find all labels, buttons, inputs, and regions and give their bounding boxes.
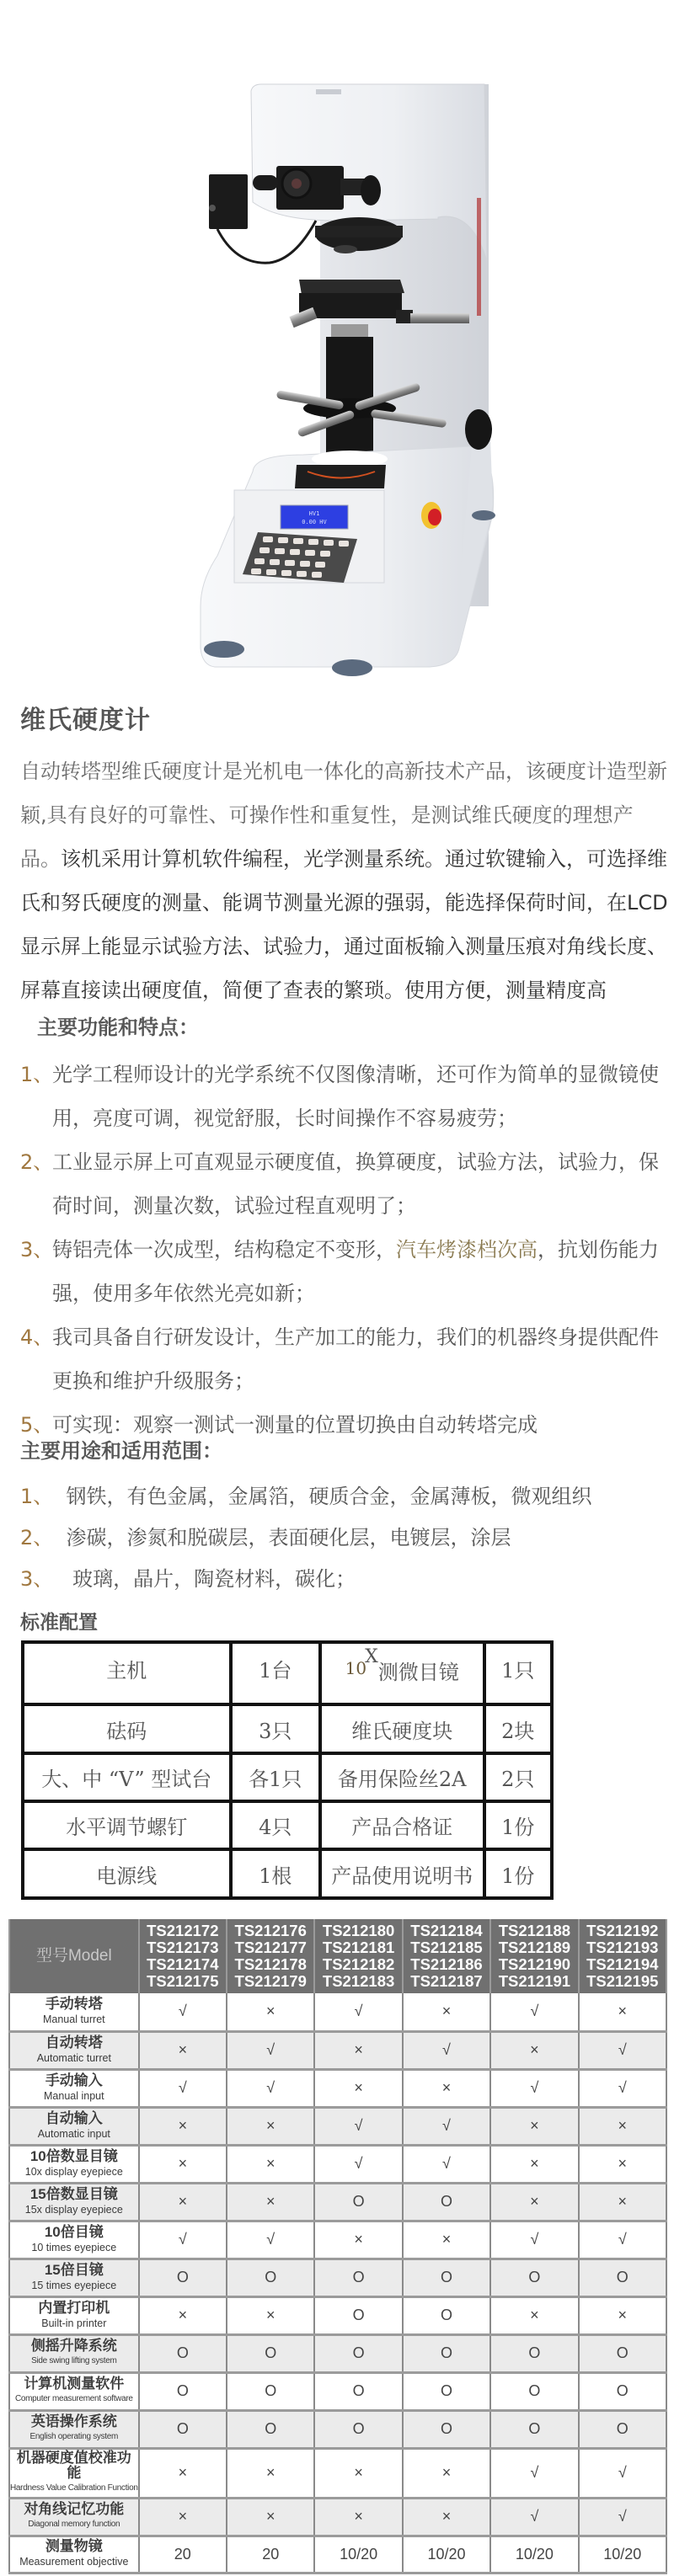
config-qty: 4只	[231, 1801, 320, 1849]
model-number: TS212173	[147, 1939, 218, 1956]
feature-value-cell: ×	[403, 2221, 490, 2259]
feature-label-zh: 自动转塔	[10, 2035, 138, 2051]
feature-value-cell: ×	[227, 2145, 314, 2183]
feature-value-cell: O	[579, 2259, 666, 2296]
usage-number: 1、	[20, 1485, 53, 1508]
usage-item: 2、 渗碳，渗氮和脱碳层，表面硬化层，电镀层，涂层	[20, 1517, 669, 1559]
feature-value-cell: √	[139, 2069, 227, 2107]
feature-value-cell: ×	[139, 2031, 227, 2069]
model-number: TS212192	[586, 1922, 658, 1939]
config-row: 砝码 3只 维氏硬度块 2块	[23, 1704, 552, 1753]
config-qty: 1份	[484, 1849, 552, 1898]
feature-value-cell: O	[403, 2334, 490, 2372]
feature-label: 10倍数显目镜10x display eyepiece	[9, 2145, 139, 2183]
feature-label: 自动转塔Automatic turret	[9, 2031, 139, 2069]
feature-row: 机器硬度值校准功能Hardness Value Calibration Func…	[9, 2448, 666, 2498]
feature-value-cell: √	[490, 1993, 578, 2031]
feature-row: 15倍目镜15 times eyepieceOOOOOO	[9, 2259, 666, 2296]
feature-text: 工业显示屏上可直观显示硬度值，换算硬度，试验方法，试验力，保荷时间，测量次数，试…	[52, 1140, 669, 1228]
config-qty: 2块	[484, 1704, 552, 1753]
model-number: TS212178	[235, 1955, 307, 1973]
feature-value-cell: O	[139, 2410, 227, 2448]
feature-label-en: Measurement objective	[10, 2554, 138, 2569]
model-number: TS212184	[410, 1922, 482, 1939]
model-header-label: 型号Model	[9, 1919, 139, 1993]
feature-label: 计算机测量软件Computer measurement software	[9, 2372, 139, 2410]
model-column-header: TS212188TS212189TS212190TS212191	[490, 1919, 578, 1993]
feature-label-zh: 测量物镜	[10, 2539, 138, 2554]
model-column-header: TS212172TS212173TS212174TS212175	[139, 1919, 227, 1993]
model-number: TS212174	[147, 1955, 218, 1973]
feature-value-cell: ×	[227, 2107, 314, 2145]
config-item-prefix: 10	[345, 1658, 366, 1678]
usage-heading: 主要用途和适用范围：	[20, 1434, 222, 1464]
feature-value-cell: O	[227, 2410, 314, 2448]
feature-row: 自动转塔Automatic turret×√×√×√	[9, 2031, 666, 2069]
feature-label: 内置打印机Built-in printer	[9, 2296, 139, 2334]
config-item: 砝码	[23, 1704, 231, 1753]
feature-value-cell: √	[227, 2221, 314, 2259]
model-number: TS212186	[410, 1955, 482, 1973]
feature-label: 英语操作系统English operating system	[9, 2410, 139, 2448]
feature-value-cell: √	[403, 2031, 490, 2069]
feature-value-cell: O	[139, 2259, 227, 2296]
feature-value-cell: √	[490, 2069, 578, 2107]
feature-label-zh: 10倍数显目镜	[10, 2149, 138, 2164]
feature-label-zh: 手动转塔	[10, 1997, 138, 2012]
feature-value-cell: O	[490, 2259, 578, 2296]
model-number: TS212182	[323, 1955, 394, 1973]
model-header-row: 型号Model TS212172TS212173TS212174TS212175…	[9, 1919, 666, 1993]
model-number: TS212189	[499, 1939, 570, 1956]
feature-value-cell: O	[579, 2334, 666, 2372]
feature-value-cell: O	[314, 2334, 402, 2372]
feature-value-cell: √	[314, 2107, 402, 2145]
feature-value-cell: ×	[490, 2107, 578, 2145]
feature-value-cell: ×	[579, 2296, 666, 2334]
features-heading: 主要功能和特点：	[37, 1011, 199, 1040]
model-comparison-table: 型号Model TS212172TS212173TS212174TS212175…	[8, 1919, 667, 2574]
config-row: 电源线 1根 产品使用说明书 1份	[23, 1849, 552, 1898]
config-qty: 各1只	[231, 1753, 320, 1801]
feature-label-en: Diagonal memory function	[10, 2517, 138, 2532]
lcd-line-2: 0.00 HV	[302, 519, 327, 525]
feature-value-cell: O	[490, 2372, 578, 2410]
feature-value-cell: ×	[490, 2031, 578, 2069]
model-number: TS212194	[586, 1955, 658, 1973]
model-number: TS212185	[410, 1939, 482, 1956]
config-item: 维氏硬度块	[320, 1704, 484, 1753]
feature-label-en: 15 times eyepiece	[10, 2278, 138, 2293]
feature-value-cell: √	[403, 2145, 490, 2183]
model-number: TS212195	[586, 1972, 658, 1990]
feature-value-cell: O	[403, 2259, 490, 2296]
feature-text: 我司具备自行研发设计，生产加工的能力，我们的机器终身提供配件更换和维护升级服务；	[52, 1315, 669, 1403]
config-row: 主机 1台 10X测微目镜 1只	[23, 1642, 552, 1704]
model-number: TS212172	[147, 1922, 218, 1939]
feature-value-cell: ×	[579, 2107, 666, 2145]
feature-label: 10倍目镜10 times eyepiece	[9, 2221, 139, 2259]
model-column-header: TS212192TS212193TS212194TS212195	[579, 1919, 666, 1993]
model-number: TS212188	[499, 1922, 570, 1939]
feature-row: 手动输入Manual input√√××√√	[9, 2069, 666, 2107]
model-number: TS212179	[235, 1972, 307, 1990]
config-qty: 1台	[231, 1642, 320, 1704]
feature-text: 铸铝壳体一次成型，结构稳定不变形，汽车烤漆档次高，抗划伤能力强，使用多年依然光亮…	[52, 1228, 669, 1315]
model-number: TS212191	[499, 1972, 570, 1990]
feature-value-cell: ×	[139, 2498, 227, 2536]
feature-value-cell: √	[227, 2069, 314, 2107]
features-list: 1、 光学工程师设计的光学系统不仅图像清晰，还可作为简单的显微镜使用，亮度可调，…	[20, 1053, 669, 1447]
feature-label-en: Manual turret	[10, 2012, 138, 2027]
intro-paragraph: 自动转塔型维氏硬度计是光机电一体化的高新技术产品，该硬度计造型新颖,具有良好的可…	[20, 749, 669, 1012]
feature-value-cell: O	[579, 2410, 666, 2448]
feature-value-cell: ×	[490, 2145, 578, 2183]
standard-config-heading: 标准配置	[20, 1607, 98, 1635]
feature-label-zh: 15倍目镜	[10, 2263, 138, 2278]
feature-row: 10倍数显目镜10x display eyepiece××√√××	[9, 2145, 666, 2183]
feature-value-cell: ×	[579, 1993, 666, 2031]
feature-value-cell: O	[227, 2334, 314, 2372]
config-item: 备用保险丝2A	[320, 1753, 484, 1801]
feature-row: 计算机测量软件Computer measurement softwareOOOO…	[9, 2372, 666, 2410]
feature-value-cell: O	[314, 2372, 402, 2410]
feature-value-cell: √	[579, 2448, 666, 2498]
feature-row: 15倍数显目镜15x display eyepiece××OO××	[9, 2183, 666, 2221]
feature-value-cell: √	[579, 2069, 666, 2107]
feature-value-cell: ×	[314, 2498, 402, 2536]
feature-value-cell: O	[314, 2259, 402, 2296]
config-item: 水平调节螺钉	[23, 1801, 231, 1849]
model-number: TS212181	[323, 1939, 394, 1956]
feature-value-cell: ×	[227, 2498, 314, 2536]
config-qty: 1根	[231, 1849, 320, 1898]
feature-value-cell: ×	[490, 2296, 578, 2334]
feature-row: 10倍目镜10 times eyepiece√√××√√	[9, 2221, 666, 2259]
feature-value-cell: ×	[403, 2498, 490, 2536]
feature-value-cell: O	[403, 2372, 490, 2410]
feature-label-en: Side swing lifting system	[10, 2354, 138, 2369]
config-qty: 1份	[484, 1801, 552, 1849]
feature-highlight: 汽车烤漆档次高	[396, 1238, 538, 1261]
feature-value-cell: O	[314, 2183, 402, 2221]
feature-value-cell: O	[490, 2410, 578, 2448]
usage-text: 钢铁，有色金属，金属箔，硬质合金，金属薄板，微观组织	[53, 1485, 591, 1508]
model-column-header: TS212176TS212177TS212178TS212179	[227, 1919, 314, 1993]
feature-value-cell: ×	[314, 2448, 402, 2498]
model-number: TS212180	[323, 1922, 394, 1939]
config-qty: 2只	[484, 1753, 552, 1801]
config-qty: 1只	[484, 1642, 552, 1704]
config-item: 电源线	[23, 1849, 231, 1898]
feature-value-cell: ×	[579, 2145, 666, 2183]
product-image-hardness-tester: HV1 0.00 HV	[0, 0, 674, 686]
feature-number: 1、	[20, 1053, 52, 1140]
feature-label-zh: 手动输入	[10, 2073, 138, 2088]
feature-label-en: Built-in printer	[10, 2316, 138, 2331]
feature-label-en: Automatic input	[10, 2126, 138, 2141]
feature-value-cell: O	[227, 2259, 314, 2296]
model-number: TS212177	[235, 1939, 307, 1956]
feature-label-zh: 计算机测量软件	[10, 2376, 138, 2392]
standard-config-table: 主机 1台 10X测微目镜 1只 砝码 3只 维氏硬度块 2块 大、中 “V” …	[21, 1640, 554, 1900]
feature-value-cell: O	[403, 2183, 490, 2221]
feature-label-en: Automatic turret	[10, 2051, 138, 2066]
feature-value-cell: ×	[314, 2069, 402, 2107]
config-row: 大、中 “V” 型试台 各1只 备用保险丝2A 2只	[23, 1753, 552, 1801]
feature-item: 1、 光学工程师设计的光学系统不仅图像清晰，还可作为简单的显微镜使用，亮度可调，…	[20, 1053, 669, 1140]
feature-value-cell: √	[139, 2221, 227, 2259]
feature-value-cell: √	[314, 1993, 402, 2031]
feature-label-zh: 10倍目镜	[10, 2225, 138, 2240]
feature-label-en: Manual input	[10, 2088, 138, 2104]
feature-value-cell: ×	[579, 2183, 666, 2221]
page-title: 维氏硬度计	[20, 699, 151, 736]
usage-text: 玻璃，晶片，陶瓷材料，碳化；	[53, 1567, 356, 1591]
model-column-header: TS212184TS212185TS212186TS212187	[403, 1919, 490, 1993]
model-comparison-body: 手动转塔Manual turret√×√×√×自动转塔Automatic tur…	[9, 1993, 666, 2573]
feature-value-cell: √	[314, 2145, 402, 2183]
feature-value-cell: O	[314, 2410, 402, 2448]
feature-label: 15倍目镜15 times eyepiece	[9, 2259, 139, 2296]
feature-item: 3、 铸铝壳体一次成型，结构稳定不变形，汽车烤漆档次高，抗划伤能力强，使用多年依…	[20, 1228, 669, 1315]
lcd-line-1: HV1	[309, 510, 320, 517]
feature-row: 英语操作系统English operating systemOOOOOO	[9, 2410, 666, 2448]
feature-item: 2、 工业显示屏上可直观显示硬度值，换算硬度，试验方法，试验力，保荷时间，测量次…	[20, 1140, 669, 1228]
config-item-sup: X	[365, 1646, 378, 1667]
usage-list: 1、 钢铁，有色金属，金属箔，硬质合金，金属薄板，微观组织 2、 渗碳，渗氮和脱…	[20, 1476, 669, 1600]
feature-value-cell: ×	[403, 1993, 490, 2031]
feature-label-en: English operating system	[10, 2429, 138, 2445]
feature-label-zh: 机器硬度值校准功能	[10, 2451, 138, 2481]
feature-value-cell: O	[403, 2296, 490, 2334]
feature-label-en: 10x display eyepiece	[10, 2164, 138, 2179]
feature-label: 自动输入Automatic input	[9, 2107, 139, 2145]
feature-value-cell: ×	[227, 1993, 314, 2031]
intro-rest: 该机采用计算机软件编程，光学测量系统。通过软键输入，可选择维氏和努氏硬度的测量、…	[20, 847, 668, 1002]
feature-value-cell: 10/20	[490, 2536, 578, 2573]
feature-value-cell: O	[490, 2334, 578, 2372]
feature-label: 手动输入Manual input	[9, 2069, 139, 2107]
feature-value-cell: ×	[139, 2448, 227, 2498]
feature-text: 光学工程师设计的光学系统不仅图像清晰，还可作为简单的显微镜使用，亮度可调，视觉舒…	[52, 1053, 669, 1140]
feature-value-cell: ×	[403, 2448, 490, 2498]
feature-value-cell: ×	[314, 2221, 402, 2259]
feature-value-cell: ×	[314, 2031, 402, 2069]
model-column-header: TS212180TS212181TS212182TS212183	[314, 1919, 402, 1993]
feature-label-en: 15x display eyepiece	[10, 2202, 138, 2217]
feature-label-en: 10 times eyepiece	[10, 2240, 138, 2255]
feature-value-cell: O	[139, 2372, 227, 2410]
usage-text: 渗碳，渗氮和脱碳层，表面硬化层，电镀层，涂层	[53, 1526, 511, 1549]
model-number: TS212183	[323, 1972, 394, 1990]
model-number: TS212175	[147, 1972, 218, 1990]
model-number: TS212176	[235, 1922, 307, 1939]
feature-value-cell: O	[227, 2372, 314, 2410]
feature-label-zh: 15倍数显目镜	[10, 2187, 138, 2202]
feature-label: 手动转塔Manual turret	[9, 1993, 139, 2031]
feature-value-cell: O	[403, 2410, 490, 2448]
feature-value-cell: √	[579, 2498, 666, 2536]
feature-value-cell: 10/20	[314, 2536, 402, 2573]
feature-row: 手动转塔Manual turret√×√×√×	[9, 1993, 666, 2031]
config-item-text: 测微目镜	[378, 1661, 459, 1684]
feature-value-cell: ×	[227, 2296, 314, 2334]
model-number: TS212193	[586, 1939, 658, 1956]
feature-value-cell: ×	[403, 2069, 490, 2107]
feature-value-cell: √	[579, 2221, 666, 2259]
feature-label: 侧摇升降系统Side swing lifting system	[9, 2334, 139, 2372]
model-number: TS212187	[410, 1972, 482, 1990]
usage-number: 2、	[20, 1526, 53, 1549]
feature-value-cell: √	[139, 1993, 227, 2031]
usage-number: 3、	[20, 1567, 53, 1591]
feature-number: 4、	[20, 1315, 52, 1403]
feature-value-cell: √	[490, 2221, 578, 2259]
feature-value-cell: √	[490, 2498, 578, 2536]
feature-row: 自动输入Automatic input××√√××	[9, 2107, 666, 2145]
feature-row: 测量物镜Measurement objective202010/2010/201…	[9, 2536, 666, 2573]
feature-value-cell: 10/20	[403, 2536, 490, 2573]
feature-label-en: Hardness Value Calibration Function	[10, 2481, 138, 2496]
feature-value-cell: 10/20	[579, 2536, 666, 2573]
config-item: 主机	[23, 1642, 231, 1704]
feature-value-cell: 20	[139, 2536, 227, 2573]
feature-label-zh: 对角线记忆功能	[10, 2502, 138, 2517]
config-row: 水平调节螺钉 4只 产品合格证 1份	[23, 1801, 552, 1849]
feature-value-cell: 20	[227, 2536, 314, 2573]
usage-item: 1、 钢铁，有色金属，金属箔，硬质合金，金属薄板，微观组织	[20, 1476, 669, 1517]
feature-text-part: 铸铝壳体一次成型，结构稳定不变形，	[52, 1238, 396, 1261]
feature-label: 对角线记忆功能Diagonal memory function	[9, 2498, 139, 2536]
config-item: 10X测微目镜	[320, 1642, 484, 1704]
feature-value-cell: √	[403, 2107, 490, 2145]
feature-value-cell: ×	[227, 2448, 314, 2498]
feature-label-zh: 英语操作系统	[10, 2414, 138, 2429]
usage-item: 3、 玻璃，晶片，陶瓷材料，碳化；	[20, 1559, 669, 1600]
feature-label-en: Computer measurement software	[10, 2392, 138, 2407]
feature-value-cell: ×	[139, 2107, 227, 2145]
config-item: 产品使用说明书	[320, 1849, 484, 1898]
feature-number: 2、	[20, 1140, 52, 1228]
feature-value-cell: √	[490, 2448, 578, 2498]
feature-row: 对角线记忆功能Diagonal memory function××××√√	[9, 2498, 666, 2536]
feature-value-cell: ×	[227, 2183, 314, 2221]
feature-value-cell: √	[227, 2031, 314, 2069]
feature-row: 侧摇升降系统Side swing lifting systemOOOOOO	[9, 2334, 666, 2372]
feature-value-cell: O	[314, 2296, 402, 2334]
feature-label: 测量物镜Measurement objective	[9, 2536, 139, 2573]
feature-value-cell: ×	[139, 2296, 227, 2334]
feature-label: 机器硬度值校准功能Hardness Value Calibration Func…	[9, 2448, 139, 2498]
feature-number: 3、	[20, 1228, 52, 1315]
config-item: 大、中 “V” 型试台	[23, 1753, 231, 1801]
feature-item: 4、 我司具备自行研发设计，生产加工的能力，我们的机器终身提供配件更换和维护升级…	[20, 1315, 669, 1403]
feature-value-cell: O	[139, 2334, 227, 2372]
feature-label-zh: 内置打印机	[10, 2301, 138, 2316]
feature-value-cell: ×	[139, 2183, 227, 2221]
config-item: 产品合格证	[320, 1801, 484, 1849]
feature-value-cell: O	[579, 2372, 666, 2410]
feature-row: 内置打印机Built-in printer××OO××	[9, 2296, 666, 2334]
config-qty: 3只	[231, 1704, 320, 1753]
feature-label-zh: 侧摇升降系统	[10, 2339, 138, 2354]
feature-value-cell: √	[579, 2031, 666, 2069]
model-number: TS212190	[499, 1955, 570, 1973]
feature-value-cell: ×	[490, 2183, 578, 2221]
feature-label: 15倍数显目镜15x display eyepiece	[9, 2183, 139, 2221]
feature-value-cell: ×	[139, 2145, 227, 2183]
feature-label-zh: 自动输入	[10, 2111, 138, 2126]
